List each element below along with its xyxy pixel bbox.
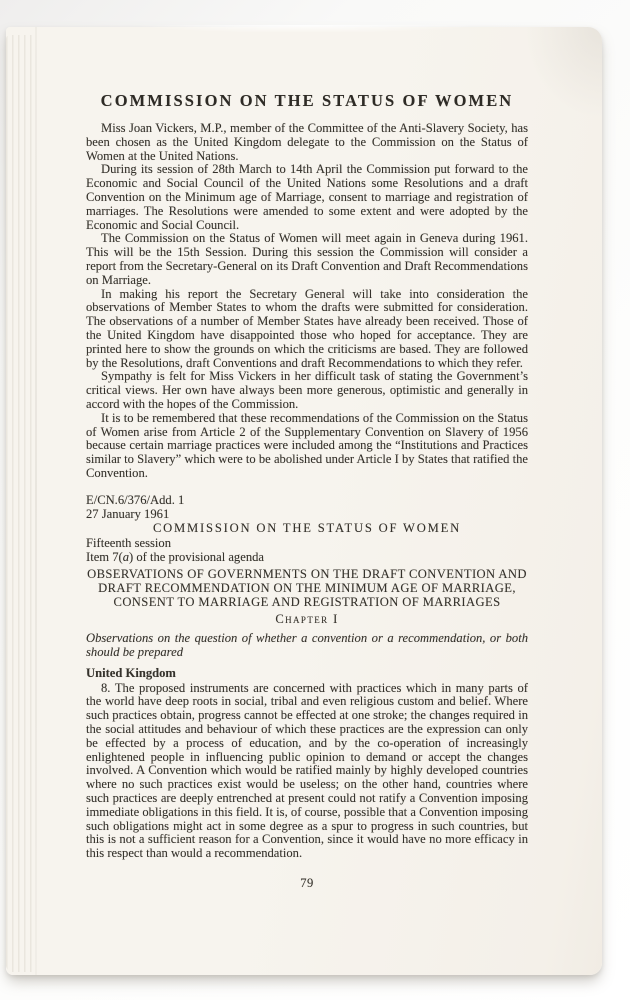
intro-paragraph-4: In making his report the Secretary Gener… — [86, 288, 528, 371]
chapter-subtitle: Observations on the question of whether … — [86, 632, 528, 660]
agenda-item-suffix: ) of the provisional agenda — [129, 550, 264, 564]
page-number: 79 — [86, 877, 528, 891]
agenda-item-line: Item 7(a) of the provisional agenda — [86, 551, 528, 565]
intro-paragraph-5: Sympathy is felt for Miss Vickers in her… — [86, 370, 528, 411]
observations-heading: OBSERVATIONS OF GOVERNMENTS ON THE DRAFT… — [86, 568, 528, 610]
stacked-page-edges — [6, 35, 33, 972]
chapter-heading: Chapter I — [86, 613, 528, 627]
article-title: COMMISSION ON THE STATUS OF WOMEN — [86, 91, 528, 110]
session-line: Fifteenth session — [86, 537, 528, 551]
intro-paragraph-3: The Commission on the Status of Women wi… — [86, 232, 528, 287]
intro-paragraph-6: It is to be remembered that these recomm… — [86, 412, 528, 481]
country-heading: United Kingdom — [86, 667, 528, 681]
agenda-item-prefix: Item 7( — [86, 550, 123, 564]
document-date: 27 January 1961 — [86, 508, 528, 522]
photo-background: { "article": { "title": "COMMISSION ON T… — [0, 0, 630, 1000]
book-page: COMMISSION ON THE STATUS OF WOMEN Miss J… — [6, 27, 602, 975]
page-content: COMMISSION ON THE STATUS OF WOMEN Miss J… — [86, 27, 528, 891]
page-crease-line — [35, 27, 37, 975]
article-body: Miss Joan Vickers, M.P., member of the C… — [86, 122, 528, 481]
intro-paragraph-2: During its session of 28th March to 14th… — [86, 163, 528, 232]
document-title: COMMISSION ON THE STATUS OF WOMEN — [86, 522, 528, 536]
intro-paragraph-1: Miss Joan Vickers, M.P., member of the C… — [86, 122, 528, 163]
paragraph-8: 8. The proposed instruments are concerne… — [86, 682, 528, 861]
document-reference-block: E/CN.6/376/Add. 1 27 January 1961 — [86, 494, 528, 522]
document-symbol: E/CN.6/376/Add. 1 — [86, 494, 528, 508]
